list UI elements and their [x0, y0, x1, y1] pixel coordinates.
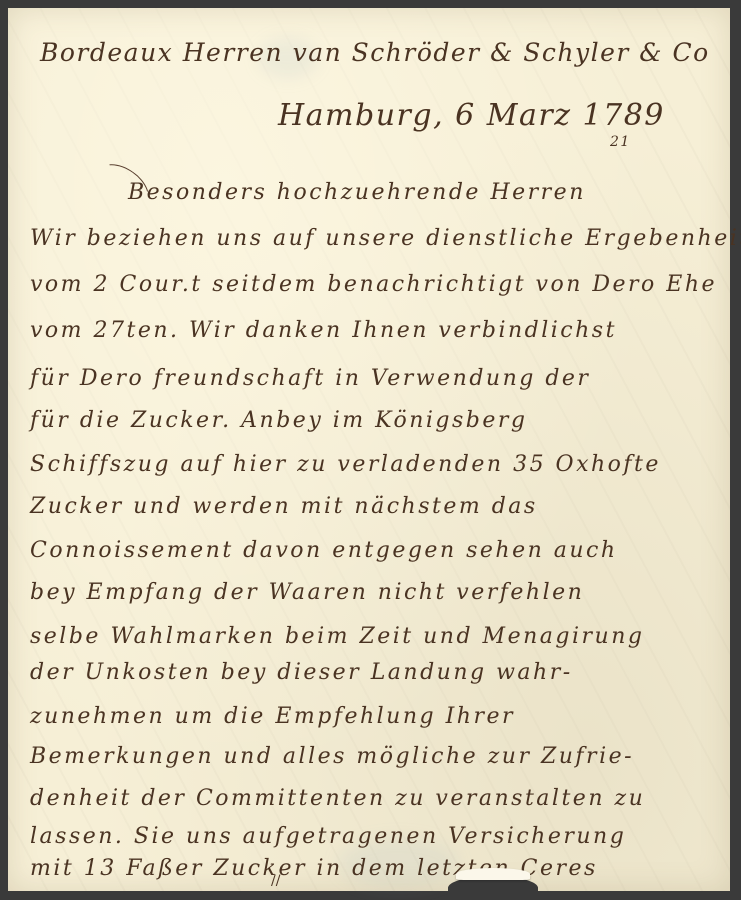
body-line: denheit der Committenten zu veranstalten…: [30, 786, 645, 811]
place-date-line: Hamburg, 6 Marz 1789: [278, 98, 665, 133]
body-line: selbe Wahlmarken beim Zeit und Menagirun…: [30, 624, 644, 649]
body-line: vom 27ten. Wir danken Ihnen verbindlichs…: [30, 318, 617, 343]
salutation: Besonders hochzuehrende Herren: [128, 180, 586, 205]
body-line: Zucker und werden mit nächstem das: [30, 494, 538, 519]
body-line: der Unkosten bey dieser Landung wahr-: [30, 660, 573, 685]
recipient-line: Bordeaux Herren van Schröder & Schyler &…: [40, 38, 710, 67]
body-line: lassen. Sie uns aufgetragenen Versicheru…: [30, 824, 626, 849]
body-line: zunehmen um die Empfehlung Ihrer: [30, 704, 515, 729]
paper-flap: [456, 868, 530, 880]
body-line: vom 2 Cour.t seitdem benachrichtigt von …: [30, 272, 717, 297]
body-line: für die Zucker. Anbey im Königsberg: [30, 408, 528, 433]
date-annotation: 21: [610, 134, 631, 150]
page-mark: //: [271, 873, 280, 889]
body-line: bey Empfang der Waaren nicht verfehlen: [30, 580, 584, 605]
body-line: für Dero freundschaft in Verwendung der: [30, 366, 590, 391]
body-line: Connoissement davon entgegen sehen auch: [30, 538, 618, 563]
body-line: Bemerkungen und alles mögliche zur Zufri…: [30, 744, 634, 769]
body-line: Wir beziehen uns auf unsere dienstliche …: [30, 226, 741, 251]
body-line: Schiffszug auf hier zu verladenden 35 Ox…: [30, 452, 661, 477]
